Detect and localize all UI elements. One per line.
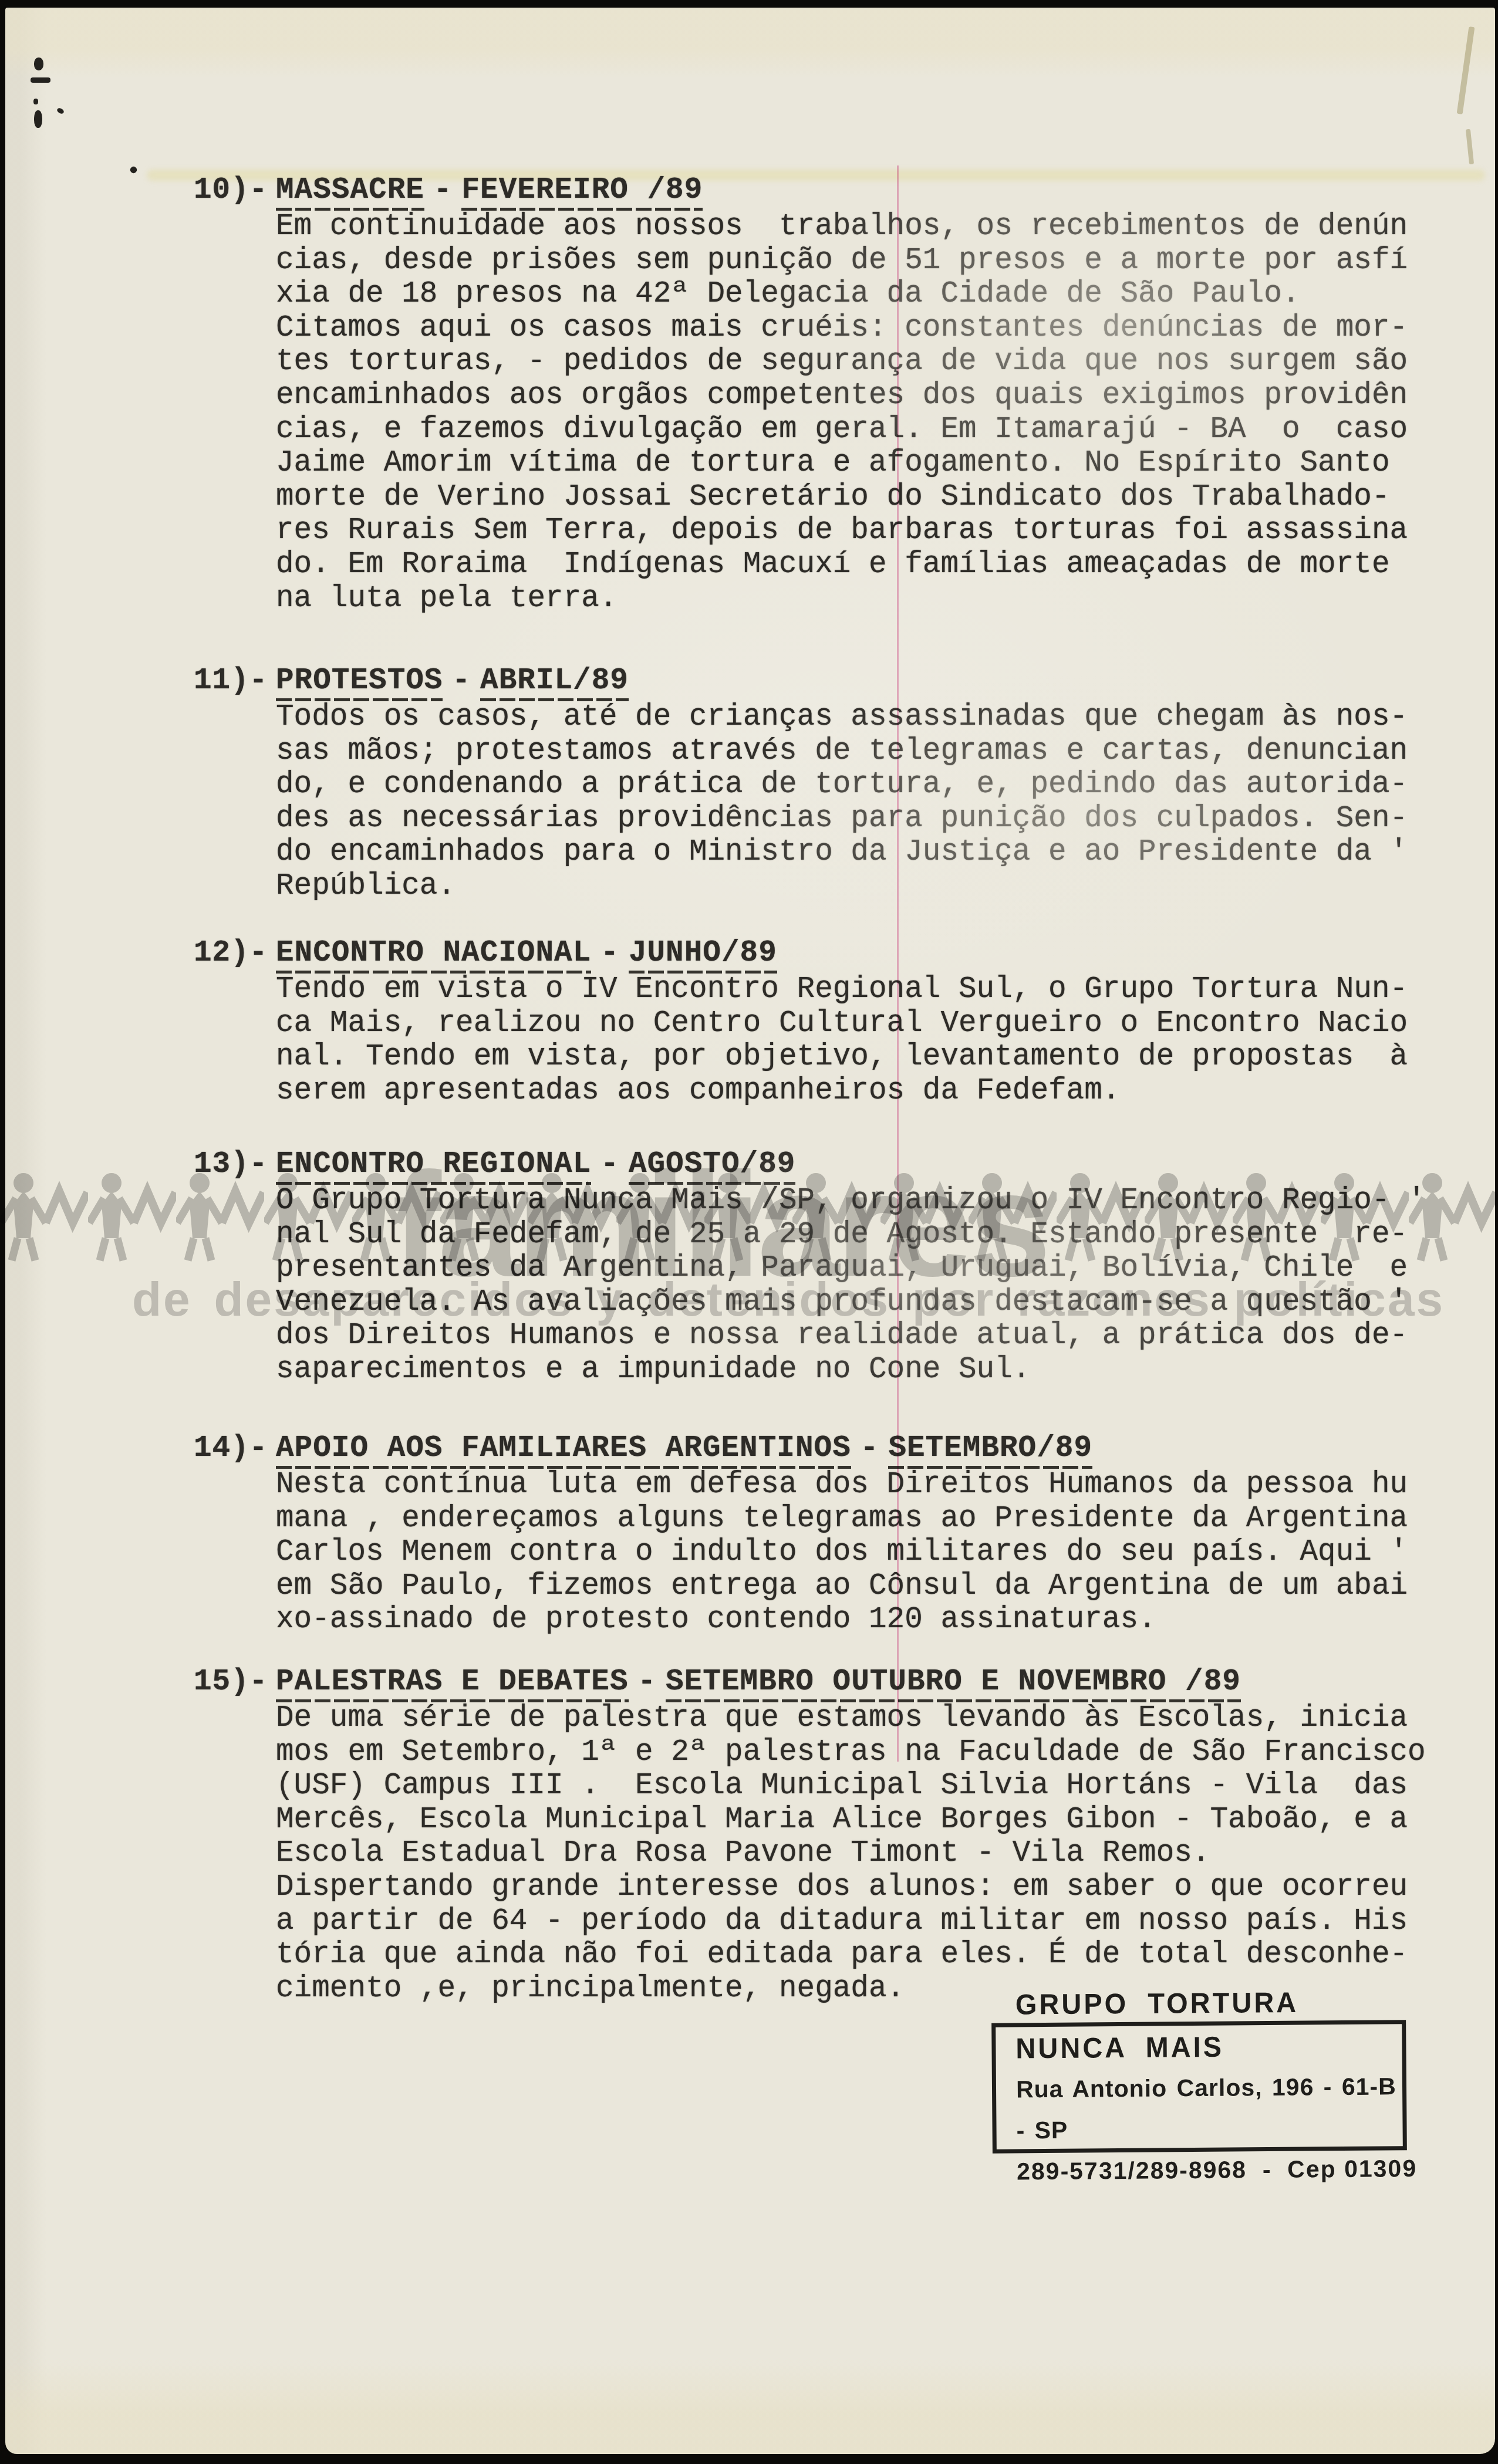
item-body: Todos os casos, até de crianças assassin… bbox=[276, 701, 1421, 904]
text-line: morte de Verino Jossai Secretário do Sin… bbox=[276, 481, 1421, 515]
item-body: Em continuidade aos nossos trabalhos, os… bbox=[276, 210, 1421, 616]
text-line: cias, desde prisões sem punição de 51 pr… bbox=[276, 244, 1421, 278]
watermark-subtitle: de desaparecidos y detenidos por razones… bbox=[132, 1272, 1445, 1327]
text-line: Carlos Menem contra o indulto dos milita… bbox=[276, 1536, 1421, 1570]
ink-blot bbox=[34, 58, 43, 70]
text-line: xia de 18 presos na 42ª Delegacia da Cid… bbox=[276, 278, 1421, 312]
ink-dash bbox=[31, 77, 50, 83]
text-line: do encaminhados para o Ministro da Justi… bbox=[276, 836, 1421, 870]
text-line: Em continuidade aos nossos trabalhos, os… bbox=[276, 210, 1421, 244]
organization-stamp: GRUPO TORTURA NUNCA MAIS Rua Antonio Car… bbox=[991, 2020, 1407, 2154]
item-number: 14)- bbox=[194, 1432, 276, 1466]
text-line: tória que ainda não foi editada para ele… bbox=[276, 1938, 1421, 1972]
item-title: MASSACRE bbox=[276, 174, 424, 211]
text-line: nal. Tendo em vista, por objetivo, levan… bbox=[276, 1040, 1421, 1074]
report-item-15: 15)-PALESTRAS E DEBATES-SETEMBRO OUTUBRO… bbox=[194, 1665, 1421, 2006]
text-line: Nesta contínua luta em defesa dos Direit… bbox=[276, 1468, 1421, 1502]
text-line: Mercês, Escola Municipal Maria Alice Bor… bbox=[276, 1803, 1421, 1837]
item-date: FEVEREIRO /89 bbox=[461, 174, 703, 211]
report-item-11: 11)-PROTESTOS-ABRIL/89 Todos os casos, a… bbox=[194, 664, 1421, 904]
ink-dot bbox=[33, 99, 38, 104]
text-line: res Rurais Sem Terra, depois de barbaras… bbox=[276, 514, 1421, 548]
item-title: PROTESTOS bbox=[276, 664, 443, 701]
text-line: do. Em Roraima Indígenas Macuxí e famíli… bbox=[276, 548, 1421, 582]
item-heading: 11)-PROTESTOS-ABRIL/89 bbox=[194, 664, 1421, 698]
scanner-pink-line bbox=[897, 165, 899, 1762]
text-line: saparecimentos e a impunidade no Cone Su… bbox=[276, 1353, 1421, 1387]
text-line: do, e condenando a prática de tortura, e… bbox=[276, 768, 1421, 802]
text-line: República. bbox=[276, 870, 1421, 904]
text-line: mos em Setembro, 1ª e 2ª palestras na Fa… bbox=[276, 1736, 1421, 1770]
text-line: Citamos aqui os casos mais cruéis: const… bbox=[276, 312, 1421, 346]
item-heading: 15)-PALESTRAS E DEBATES-SETEMBRO OUTUBRO… bbox=[194, 1665, 1421, 1699]
item-heading: 12)-ENCONTRO NACIONAL-JUNHO/89 bbox=[194, 937, 1421, 971]
text-line: Jaime Amorim vítima de tortura e afogame… bbox=[276, 447, 1421, 481]
heading-separator: - bbox=[434, 174, 453, 208]
text-line: na luta pela terra. bbox=[276, 582, 1421, 616]
item-date: SETEMBRO/89 bbox=[888, 1432, 1092, 1469]
text-line: a partir de 64 - período da ditadura mil… bbox=[276, 1905, 1421, 1939]
text-line: Escola Estadual Dra Rosa Pavone Timont -… bbox=[276, 1837, 1421, 1871]
text-line: mana , endereçamos alguns telegramas ao … bbox=[276, 1502, 1421, 1536]
text-line: ca Mais, realizou no Centro Cultural Ver… bbox=[276, 1007, 1421, 1041]
item-number: 12)- bbox=[194, 937, 276, 971]
stamp-org-name: GRUPO TORTURA NUNCA MAIS bbox=[1015, 1979, 1402, 2070]
item-date: ABRIL/89 bbox=[480, 664, 629, 701]
item-body: Tendo em vista o IV Encontro Regional Su… bbox=[276, 973, 1421, 1108]
text-line: De uma série de palestra que estamos lev… bbox=[276, 1702, 1421, 1736]
stamp-phone-cep: 289-5731/289-8968 - Cep 01309 bbox=[1017, 2148, 1403, 2192]
report-item-14: 14)-APOIO AOS FAMILIARES ARGENTINOS-SETE… bbox=[194, 1432, 1421, 1637]
text-line: (USF) Campus III . Escola Municipal Silv… bbox=[276, 1769, 1421, 1803]
ink-blot bbox=[34, 110, 42, 128]
item-date: SETEMBRO OUTUBRO E NOVEMBRO /89 bbox=[666, 1665, 1241, 1702]
text-line: em São Paulo, fizemos entrega ao Cônsul … bbox=[276, 1570, 1421, 1604]
text-line: Tendo em vista o IV Encontro Regional Su… bbox=[276, 973, 1421, 1007]
heading-separator: - bbox=[638, 1665, 657, 1699]
item-number: 10)- bbox=[194, 174, 276, 208]
report-item-10: 10)-MASSACRE-FEVEREIRO /89 Em continuida… bbox=[194, 174, 1421, 616]
item-heading: 14)-APOIO AOS FAMILIARES ARGENTINOS-SETE… bbox=[194, 1432, 1421, 1466]
item-number: 15)- bbox=[194, 1665, 276, 1699]
item-body: Nesta contínua luta em defesa dos Direit… bbox=[276, 1468, 1421, 1637]
text-line: cias, e fazemos divulgação em geral. Em … bbox=[276, 413, 1421, 447]
text-line: Dispertando grande interesse dos alunos:… bbox=[276, 1871, 1421, 1905]
item-title: PALESTRAS E DEBATES bbox=[276, 1665, 629, 1702]
item-date: JUNHO/89 bbox=[629, 937, 777, 974]
item-title: APOIO AOS FAMILIARES ARGENTINOS bbox=[276, 1432, 851, 1469]
text-line: tes torturas, - pedidos de segurança de … bbox=[276, 345, 1421, 379]
item-body: De uma série de palestra que estamos lev… bbox=[276, 1702, 1421, 2006]
report-item-12: 12)-ENCONTRO NACIONAL-JUNHO/89 Tendo em … bbox=[194, 937, 1421, 1108]
item-heading: 10)-MASSACRE-FEVEREIRO /89 bbox=[194, 174, 1421, 208]
heading-separator: - bbox=[861, 1432, 879, 1466]
text-line: encaminhados aos orgãos competentes dos … bbox=[276, 379, 1421, 413]
text-line: xo-assinado de protesto contendo 120 ass… bbox=[276, 1603, 1421, 1637]
text-line: des as necessárias providências para pun… bbox=[276, 802, 1421, 836]
item-number: 11)- bbox=[194, 664, 276, 698]
text-line: sas mãos; protestamos através de telegra… bbox=[276, 735, 1421, 769]
stamp-address: Rua Antonio Carlos, 196 - 61-B - SP bbox=[1016, 2066, 1403, 2151]
text-line: Todos os casos, até de crianças assassin… bbox=[276, 701, 1421, 735]
heading-separator: - bbox=[452, 664, 471, 698]
heading-separator: - bbox=[600, 937, 619, 971]
item-title: ENCONTRO NACIONAL bbox=[276, 937, 591, 974]
text-line: serem apresentadas aos companheiros da F… bbox=[276, 1074, 1421, 1108]
